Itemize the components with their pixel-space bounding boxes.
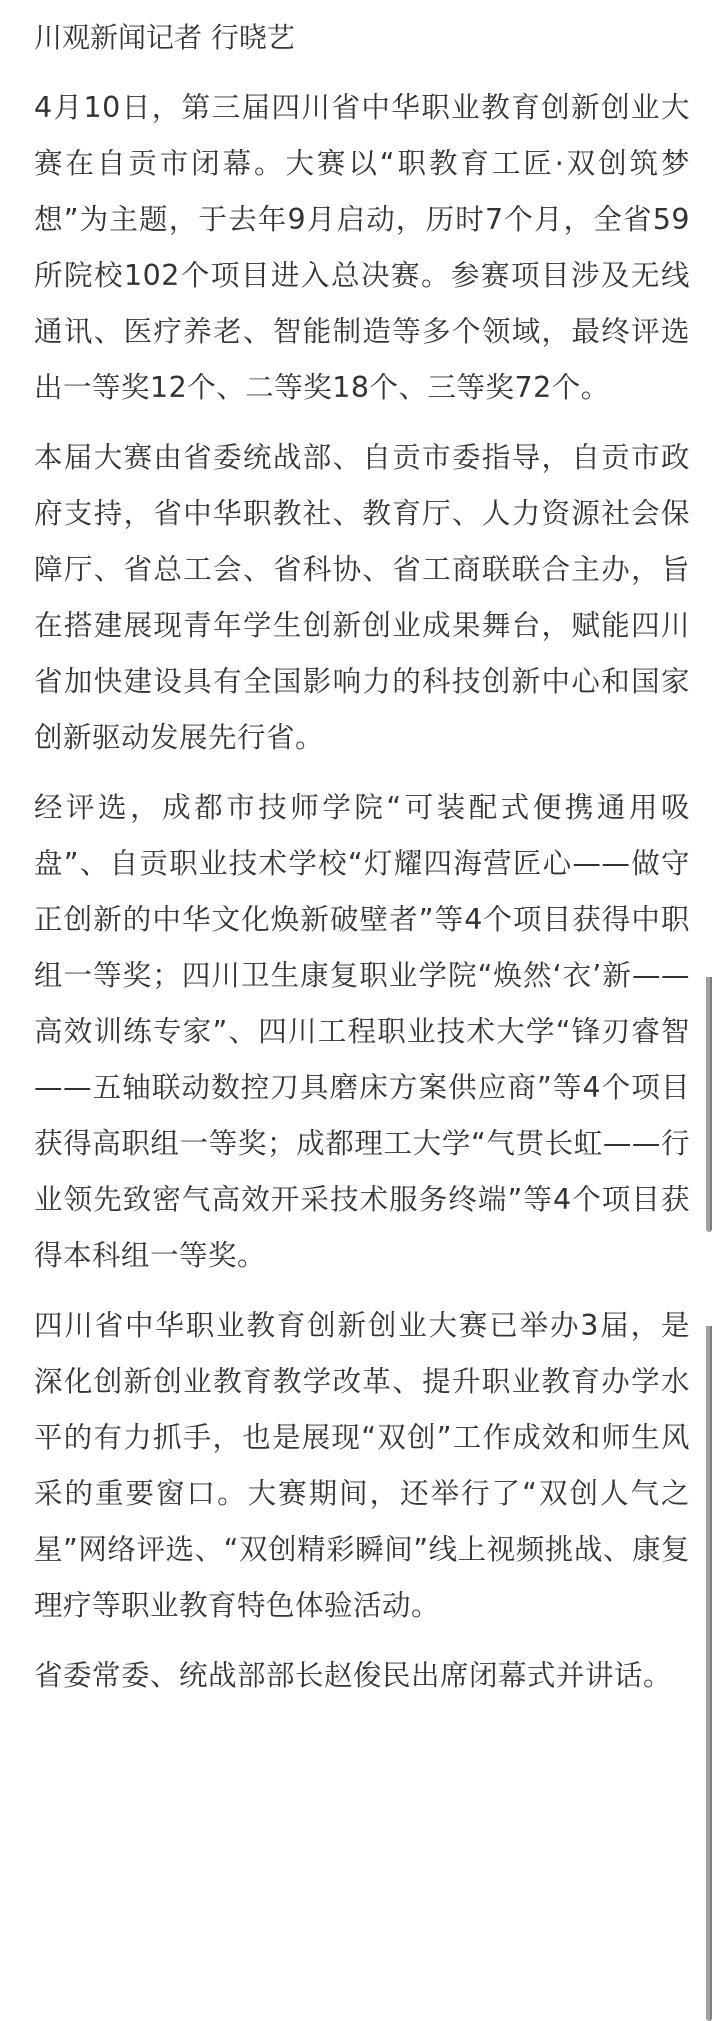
scrollbar-thumb-lower[interactable] xyxy=(706,1326,712,2021)
article-byline: 川观新闻记者 行晓艺 xyxy=(34,10,690,66)
paragraph-closing: 省委常委、统战部部长赵俊民出席闭幕式并讲话。 xyxy=(34,1648,690,1704)
scrollbar-thumb-upper[interactable] xyxy=(706,977,712,1232)
paragraph-background: 四川省中华职业教育创新创业大赛已举办3届，是深化创新创业教育教学改革、提升职业教… xyxy=(34,1298,690,1634)
article-body: 川观新闻记者 行晓艺 4月10日，第三届四川省中华职业教育创新创业大赛在自贡市闭… xyxy=(34,10,690,1718)
paragraph-winners: 经评选，成都市技师学院“可装配式便携通用吸盘”、自贡职业技术学校“灯耀四海营匠心… xyxy=(34,780,690,1284)
paragraph-intro: 4月10日，第三届四川省中华职业教育创新创业大赛在自贡市闭幕。大赛以“职教育工匠… xyxy=(34,80,690,416)
paragraph-organizers: 本届大赛由省委统战部、自贡市委指导，自贡市政府支持，省中华职教社、教育厅、人力资… xyxy=(34,430,690,766)
